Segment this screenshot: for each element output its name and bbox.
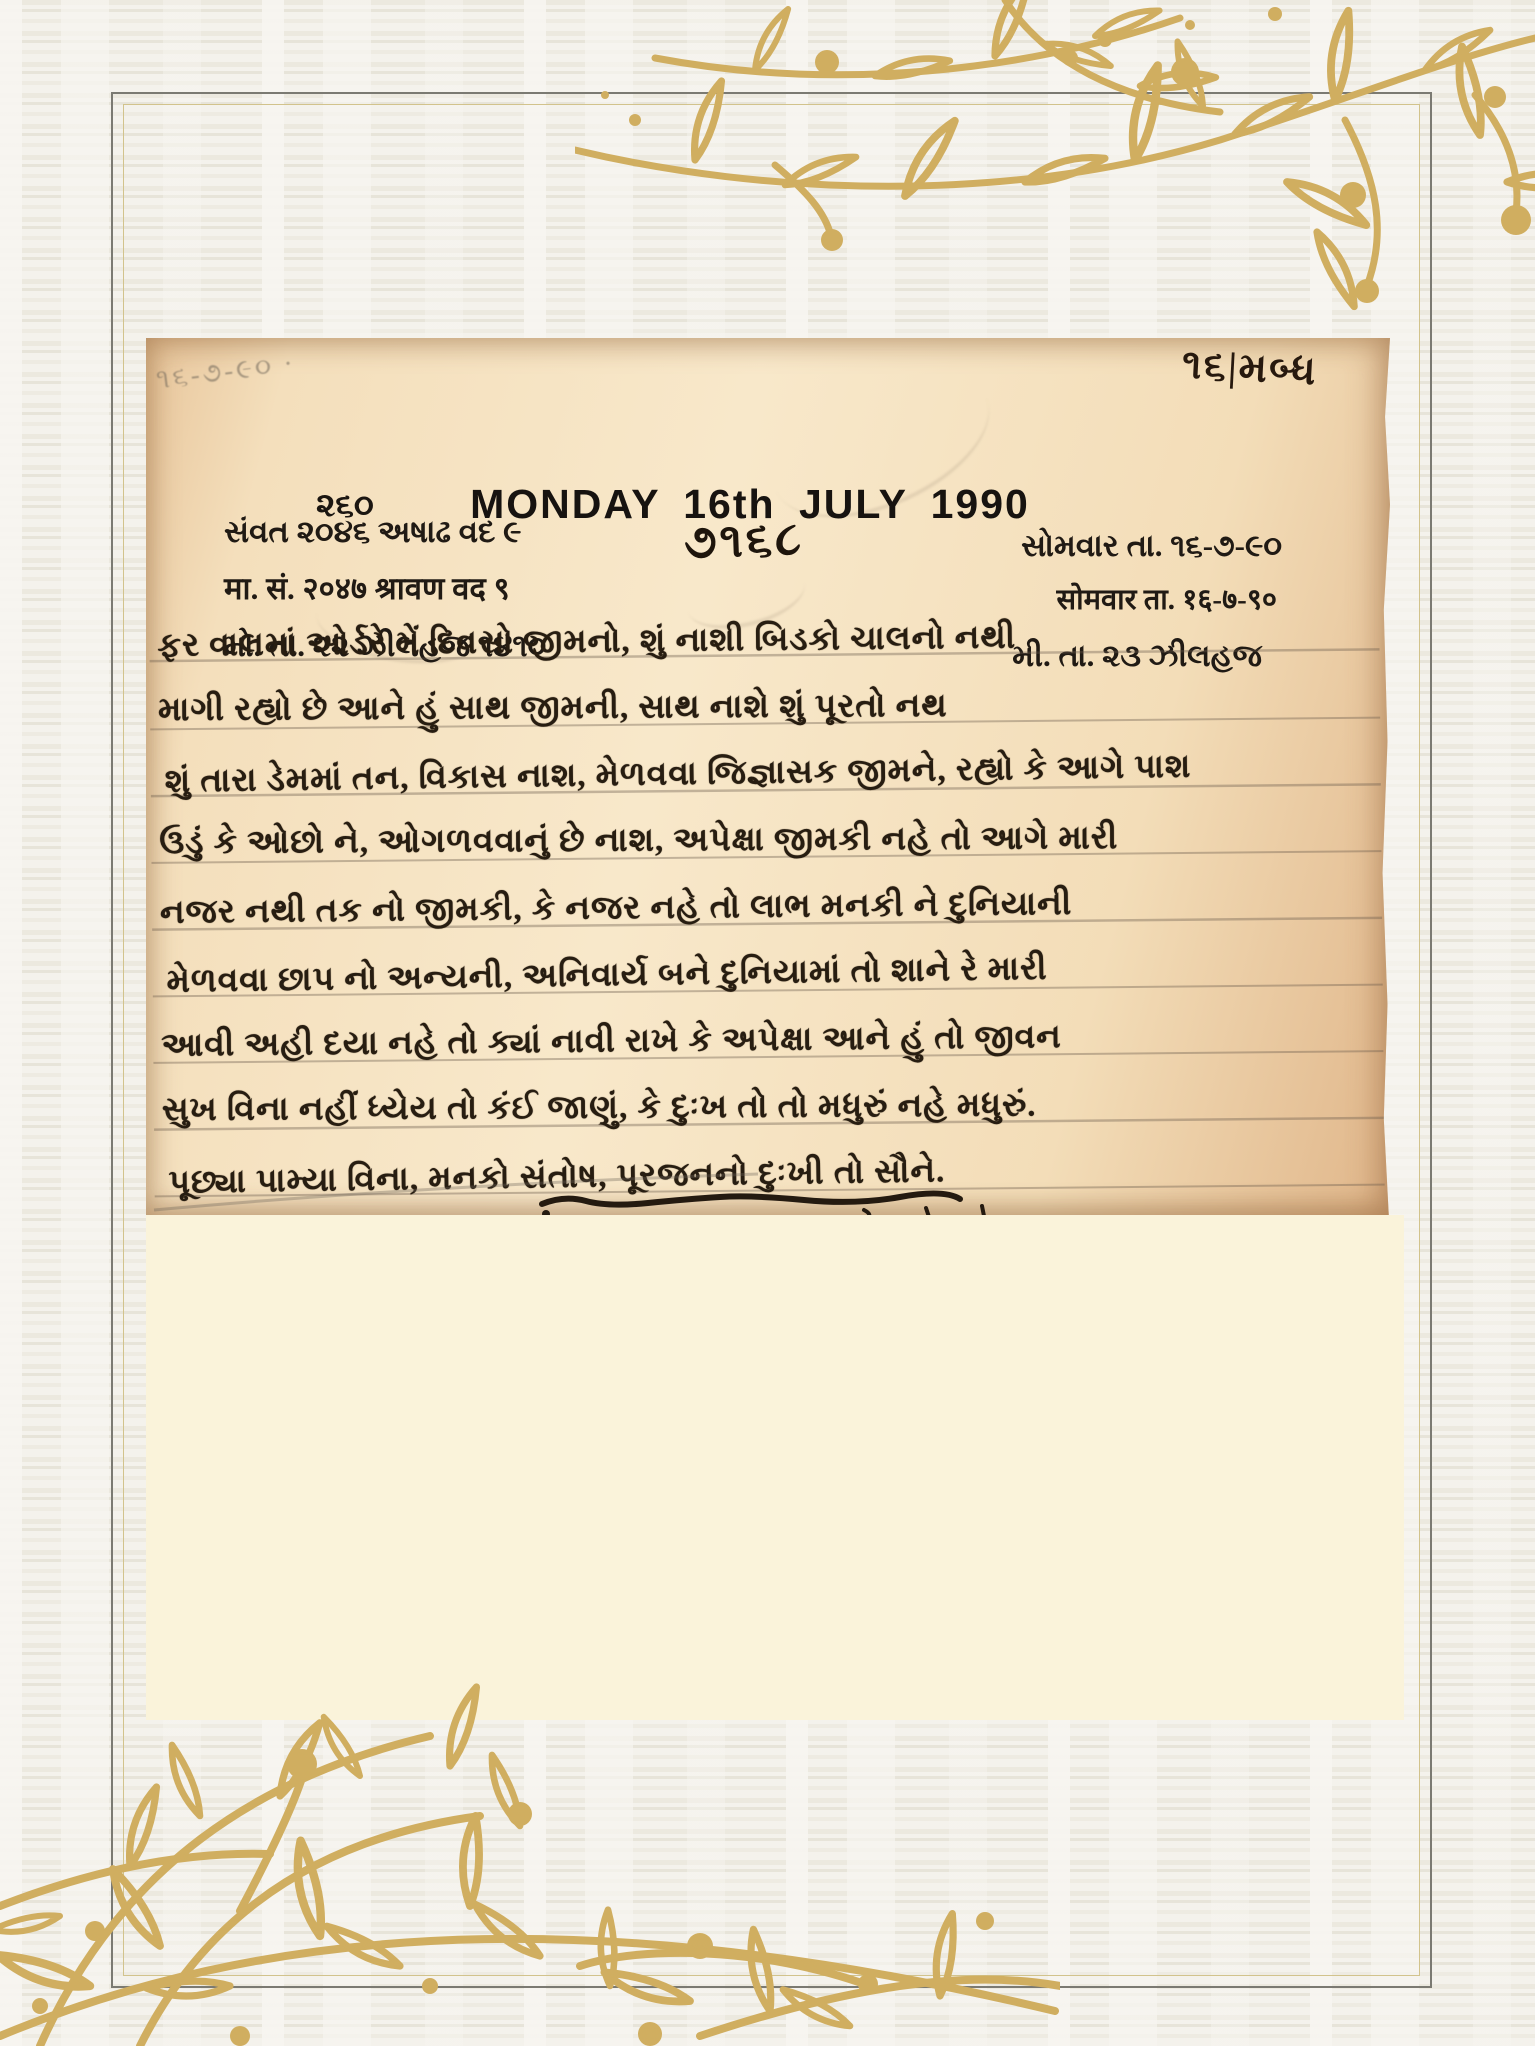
cream-panel (146, 1215, 1404, 1720)
handwriting-line: સુખ વિના નહીં ધ્યેય તો કંઈ જાણું, કે દુઃ… (154, 1074, 1384, 1147)
samvat-line: સંવત ૨૦૪૬ અષાઢ વદ ૯ (224, 503, 546, 560)
diary-scan: ૧૬-૭-૯૦ · ૧૬|મબ્ધ ૨૬૦ MONDAY 16th JULY 1… (146, 338, 1390, 1215)
page-canvas: ૧૬-૭-૯૦ · ૧૬|મબ્ધ ૨૬૦ MONDAY 16th JULY 1… (0, 0, 1535, 2046)
handwritten-serial-number: ૭૧૬૮ (683, 512, 805, 571)
handwriting-line: ફર વાલમાં ઓર્ડરે મેં દિવસો જીમનો, શું ના… (149, 604, 1380, 682)
pencil-note: ૧૬-૭-૯૦ · (155, 348, 298, 397)
gujarati-date-line: સોમવાર તા. ૧૬-૭-૯૦ (1012, 518, 1282, 573)
handwriting-line: ઉડું કે ઓછો ને, ઓગળવવાનું છે નાશ, અપેક્ષ… (151, 807, 1381, 880)
ink-underline-mark (534, 1186, 994, 1218)
handwritten-corner-note: ૧૬|મબ્ધ (1181, 340, 1319, 394)
hindi-samvat-line: मा. सं. २०४७ श्रावण वद ९ (224, 560, 546, 617)
handwriting-line: શું તારા ડેમમાં તન, વિકાસ નાશ, મેળવવા જિ… (150, 734, 1381, 819)
handwriting-area: ફર વાલમાં ઓર્ડરે મેં દિવસો જીમનો, શું ના… (149, 604, 1385, 1218)
